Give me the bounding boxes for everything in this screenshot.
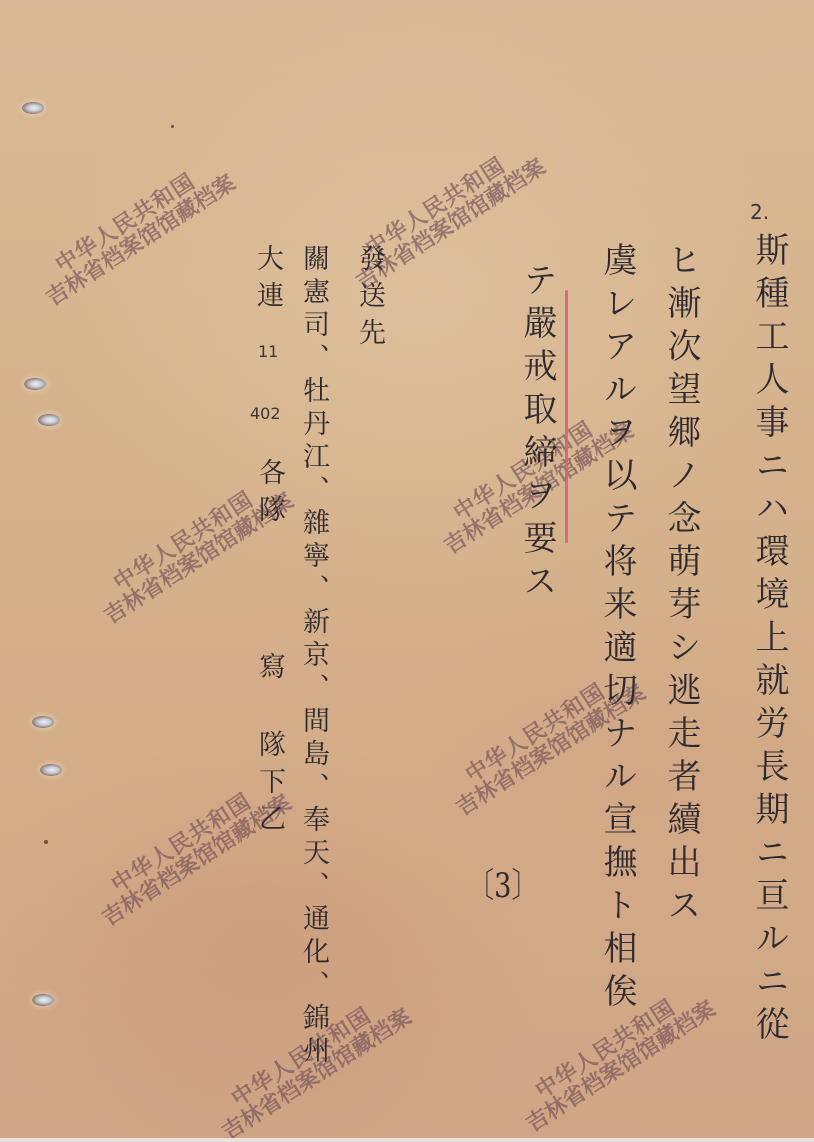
text-column-4: テ嚴戒取締ヲ要ス (520, 262, 554, 606)
punch-hole (24, 378, 46, 390)
red-pencil-underline (565, 290, 568, 543)
dispatch-heading: 發送先 (356, 244, 383, 355)
text-column-3: 虞レアルヲ以テ将来適切ナル宣撫ト相俟 (600, 242, 634, 1016)
text-column-1: 斯種工人事ニハ環境上就労長期ニ亘ルニ從 (752, 232, 786, 1049)
archival-document-page: 中华人民共和国 吉林省档案馆馆藏档案 中华人民共和国 吉林省档案馆馆藏档案 中华… (0, 0, 814, 1142)
punch-hole (32, 716, 54, 728)
punch-hole (38, 414, 60, 426)
dispatch-units: 各隊 (256, 458, 283, 532)
watermark-line2: 吉林省档案馆馆藏档案 (43, 172, 240, 311)
ink-speck (171, 125, 174, 128)
marginal-number-top: 11 (258, 342, 278, 361)
text-column-2: ヒ漸次望郷ノ念萌芽シ逃走者續出ス (664, 242, 698, 930)
dispatch-destinations: 關憲司、牡丹江、雜寧、新京、間島、奉天、通化、錦州 (300, 244, 327, 1069)
dispatch-dalian: 大連 (254, 244, 281, 318)
scan-bottom-edge (0, 1138, 814, 1142)
ink-speck (44, 840, 48, 844)
watermark-line2: 吉林省档案馆馆藏档案 (523, 998, 720, 1137)
page-number-mark: 〔3〕 (467, 858, 539, 907)
item-number: 2. (750, 200, 769, 224)
punch-hole (32, 994, 54, 1006)
watermark-line1: 中华人民共和国 (30, 152, 227, 291)
marginal-number-bottom: 402 (250, 404, 281, 423)
punch-hole (22, 102, 44, 114)
punch-hole (40, 764, 62, 776)
archive-watermark: 中华人民共和国 吉林省档案馆馆藏档案 (30, 152, 240, 311)
copy-note: 寫 隊下乙 (256, 652, 283, 841)
